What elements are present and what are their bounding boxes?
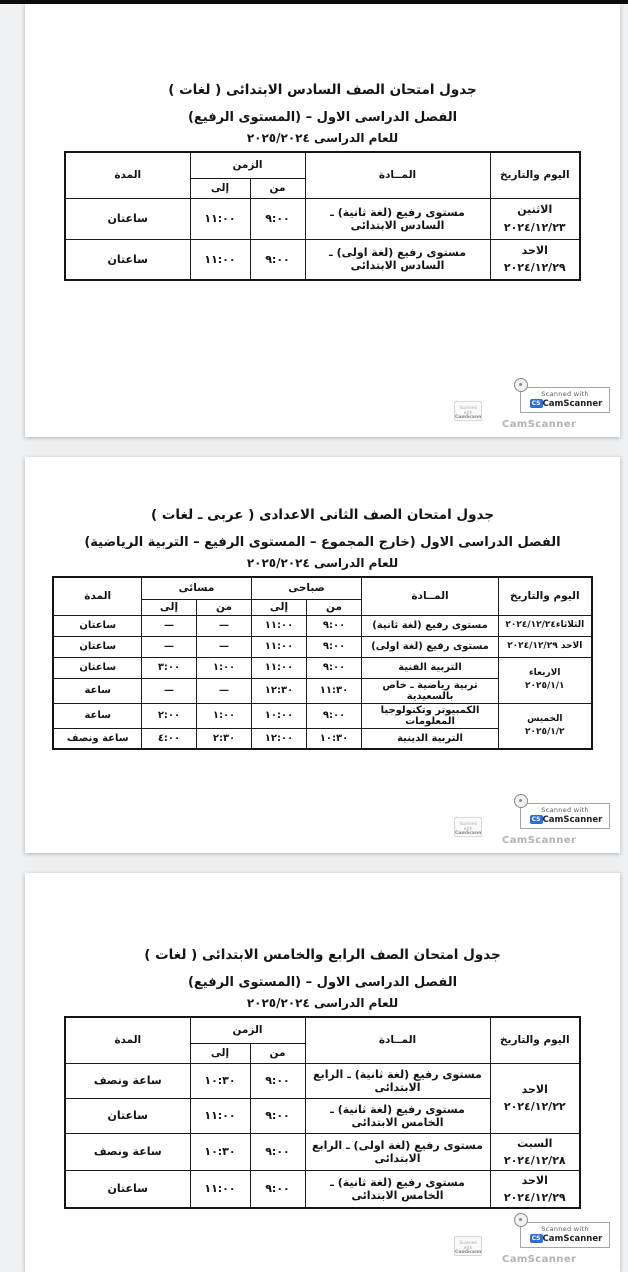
camscanner-watermark: Scanned with CSCamScanner CamScanner — [518, 1222, 610, 1258]
mini-camscanner-stamp: Scanned with CamScanner — [454, 817, 482, 837]
header-cell: الزمن — [190, 152, 305, 178]
scanned-with-label: Scanned with — [524, 1225, 606, 1233]
camscanner-faded-text: CamScanner — [502, 1254, 576, 1265]
cell: ١١:٠٠ — [252, 636, 307, 657]
camscanner-faded-text: CamScanner — [502, 835, 576, 846]
cell: — — [197, 678, 252, 703]
header-cell: المــادة — [305, 152, 490, 198]
cell: ١٢:٣٠ — [252, 678, 307, 703]
pin-icon — [514, 1213, 528, 1227]
header-cell: الزمن — [190, 1017, 305, 1043]
cell: — — [141, 678, 196, 703]
schedule-title: جدول امتحان الصف السادس الابتدائى ( لغات… — [25, 82, 620, 98]
date-cell: الاثنين٢٠٢٤/١٢/٢٣ — [490, 198, 580, 239]
camscanner-watermark: Scanned with CSCamScanner CamScanner — [518, 387, 610, 423]
camscanner-icon: CS — [530, 1234, 543, 1243]
exam-schedule-card-grades45: جدول امتحان الصف الرابع والخامس الابتدائ… — [25, 873, 620, 1272]
cell: — — [141, 636, 196, 657]
schedule-title: جدول امتحان الصف الرابع والخامس الابتدائ… — [25, 947, 620, 963]
mini-camscanner-stamp: Scanned with CamScanner — [454, 1236, 482, 1256]
cell: ١٠:٠٠ — [252, 703, 307, 728]
cell: — — [141, 615, 196, 636]
cell: الاحد ٢٠٢٤/١٢/٢٩ — [499, 636, 592, 657]
cell: — — [197, 615, 252, 636]
schedule-subtitle: الفصل الدراسى الاول – (المستوى الرفيع) — [25, 975, 620, 990]
header-cell: إلى — [252, 599, 307, 615]
cell: ٢:٠٠ — [141, 703, 196, 728]
table-row: الاثنين٢٠٢٤/١٢/٢٣مستوى رفيع (لغة ثانية) … — [65, 198, 580, 239]
header-cell: صباحى — [252, 577, 362, 599]
cell: ساعتان — [65, 1098, 190, 1133]
header-cell: من — [307, 599, 362, 615]
header-cell: اليوم والتاريخ — [499, 577, 592, 615]
cell: ساعة ونصف — [65, 1133, 190, 1170]
header-cell: من — [250, 1043, 305, 1063]
cell: مستوى رفيع (لغة ثانية) ـ الخامس الابتدائ… — [305, 1170, 490, 1208]
cell: ساعة ونصف — [53, 728, 141, 749]
table-row: الثلاثاء٢٠٢٤/١٢/٢٤مستوى رفيع (لغة ثانية)… — [53, 615, 591, 636]
mini-stamp-text: Scanned with — [455, 1240, 481, 1250]
date-cell: الاحد٢٠٢٤/١٢/٢٩ — [490, 239, 580, 280]
exam-table: اليوم والتاريخالمــادةالزمنالمدةمنإلىالا… — [64, 1016, 581, 1209]
mini-stamp-text: Scanned with — [455, 821, 481, 831]
cell: ٩:٠٠ — [307, 636, 362, 657]
header-cell: إلى — [190, 178, 250, 198]
cell: ساعة ونصف — [65, 1063, 190, 1098]
camscanner-badge-box: Scanned with CSCamScanner — [520, 387, 610, 413]
cell: ساعتان — [65, 239, 190, 280]
cell: ٩:٠٠ — [250, 1170, 305, 1208]
cell: ساعتان — [53, 615, 141, 636]
cell: ٩:٠٠ — [250, 1063, 305, 1098]
cell: التربية الفنية — [362, 657, 499, 678]
cell: ٩:٠٠ — [307, 615, 362, 636]
cell: الكمبيوتر وتكنولوجيا المعلومات — [362, 703, 499, 728]
header-cell: اليوم والتاريخ — [490, 152, 580, 198]
header-cell: المــادة — [305, 1017, 490, 1063]
cell: مستوى رفيع (لغة اولى) — [362, 636, 499, 657]
header-row: اليوم والتاريخالمــادةالزمنالمدة — [65, 1017, 580, 1043]
camscanner-icon: CS — [530, 815, 543, 824]
header-cell: المدة — [65, 152, 190, 198]
schedule-title: جدول امتحان الصف الثانى الاعدادى ( عربى … — [25, 507, 620, 523]
cell: ٩:٠٠ — [250, 1133, 305, 1170]
mini-stamp-brand: CamScanner — [455, 831, 481, 836]
cell: ١١:٠٠ — [252, 657, 307, 678]
cell: — — [197, 636, 252, 657]
header-cell: المــادة — [362, 577, 499, 615]
cell: ٩:٠٠ — [250, 1098, 305, 1133]
header-cell: من — [197, 599, 252, 615]
schedule-year: للعام الدراسى ٢٠٢٥/٢٠٢٤ — [25, 131, 620, 145]
table-row: الاحد٢٠٢٤/١٢/٢٩مستوى رفيع (لغة اولى) ـ ا… — [65, 239, 580, 280]
cell: ٢:٣٠ — [197, 728, 252, 749]
cell: ١:٠٠ — [197, 657, 252, 678]
cell: ساعة — [53, 703, 141, 728]
cell: ساعتان — [65, 198, 190, 239]
table-row: الاحد ٢٠٢٤/١٢/٢٩مستوى رفيع (لغة اولى)٩:٠… — [53, 636, 591, 657]
camscanner-badge-box: Scanned with CSCamScanner — [520, 803, 610, 829]
date-cell: الاحد٢٠٢٤/١٢/٢٢ — [490, 1063, 580, 1133]
header-cell: مسائى — [141, 577, 251, 599]
cell: ٤:٠٠ — [141, 728, 196, 749]
cell: مستوى رفيع (لغة اولى) ـ الرابع الابتدائى — [305, 1133, 490, 1170]
cell: ١٠:٣٠ — [307, 728, 362, 749]
header-cell: إلى — [141, 599, 196, 615]
cell: ساعة — [53, 678, 141, 703]
cell: ١:٠٠ — [197, 703, 252, 728]
header-cell: اليوم والتاريخ — [490, 1017, 580, 1063]
cell: ٩:٠٠ — [250, 239, 305, 280]
cell: مستوى رفيع (لغة اولى) ـ السادس الابتدائى — [305, 239, 490, 280]
header-cell: من — [250, 178, 305, 198]
cell: ١١:٠٠ — [190, 239, 250, 280]
cell: تربية رياضية ـ خاص بالسعيدية — [362, 678, 499, 703]
cell: ٩:٠٠ — [307, 703, 362, 728]
header-row: اليوم والتاريخالمــادةالزمنالمدة — [65, 152, 580, 178]
date-cell: الخميس٢٠٢٥/١/٢ — [499, 703, 592, 749]
cell: ١١:٣٠ — [307, 678, 362, 703]
cell: ١١:٠٠ — [190, 198, 250, 239]
camscanner-label: CSCamScanner — [524, 1234, 606, 1244]
cell: ٣:٠٠ — [141, 657, 196, 678]
pin-icon — [514, 378, 528, 392]
exam-schedule-card-prep2: جدول امتحان الصف الثانى الاعدادى ( عربى … — [25, 457, 620, 853]
table-row: السبت٢٠٢٤/١٢/٢٨مستوى رفيع (لغة اولى) ـ ا… — [65, 1133, 580, 1170]
schedule-subtitle: الفصل الدراسى الاول (خارج المجموع – المس… — [25, 535, 620, 550]
cell: ٩:٠٠ — [307, 657, 362, 678]
cell: مستوى رفيع (لغة ثانية) ـ الخامس الابتدائ… — [305, 1098, 490, 1133]
date-cell: الاحد٢٠٢٤/١٢/٢٩ — [490, 1170, 580, 1208]
cell: ١٢:٠٠ — [252, 728, 307, 749]
table-row: الخميس٢٠٢٥/١/٢الكمبيوتر وتكنولوجيا المعل… — [53, 703, 591, 728]
camscanner-icon: CS — [530, 399, 543, 408]
mini-stamp-brand: CamScanner — [455, 1250, 481, 1255]
mini-stamp-brand: CamScanner — [455, 415, 481, 420]
header-cell: المدة — [65, 1017, 190, 1063]
date-cell: الاربعاء٢٠٢٥/١/١ — [499, 657, 592, 703]
camscanner-label: CSCamScanner — [524, 815, 606, 825]
camscanner-badge-box: Scanned with CSCamScanner — [520, 1222, 610, 1248]
cell: ١٠:٣٠ — [190, 1133, 250, 1170]
pin-icon — [514, 794, 528, 808]
schedule-year: للعام الدراسى ٢٠٢٥/٢٠٢٤ — [25, 996, 620, 1010]
cell: ساعتان — [53, 657, 141, 678]
cell: ساعتان — [53, 636, 141, 657]
cell: ١١:٠٠ — [190, 1098, 250, 1133]
cell: ٩:٠٠ — [250, 198, 305, 239]
cell: التربية الدينية — [362, 728, 499, 749]
table-row: الاربعاء٢٠٢٥/١/١التربية الفنية٩:٠٠١١:٠٠١… — [53, 657, 591, 678]
cell: ساعتان — [65, 1170, 190, 1208]
schedule-titles: جدول امتحان الصف الثانى الاعدادى ( عربى … — [25, 457, 620, 570]
header-cell: إلى — [190, 1043, 250, 1063]
cell: مستوى رفيع (لغة ثانية) ـ السادس الابتدائ… — [305, 198, 490, 239]
schedule-year: للعام الدراسى ٢٠٢٥/٢٠٢٤ — [25, 556, 620, 570]
mini-camscanner-stamp: Scanned with CamScanner — [454, 401, 482, 421]
cell: ١١:٠٠ — [190, 1170, 250, 1208]
exam-table: اليوم والتاريخالمــادةالزمنالمدةمنإلىالا… — [64, 151, 581, 281]
scanned-document-page: { "page": { "background": "#eef0f2", "ca… — [0, 0, 628, 1272]
camscanner-faded-text: CamScanner — [502, 419, 576, 430]
mini-stamp-text: Scanned with — [455, 405, 481, 415]
exam-schedule-card-grade6: جدول امتحان الصف السادس الابتدائى ( لغات… — [25, 4, 620, 437]
cell: الثلاثاء٢٠٢٤/١٢/٢٤ — [499, 615, 592, 636]
date-cell: السبت٢٠٢٤/١٢/٢٨ — [490, 1133, 580, 1170]
scan-edge-bar — [0, 0, 628, 4]
cell: ١٠:٣٠ — [190, 1063, 250, 1098]
exam-table: اليوم والتاريخالمــادةصباحىمسائىالمدةمنإ… — [52, 576, 592, 750]
cell: مستوى رفيع (لغة ثانية) ـ الرابع الابتدائ… — [305, 1063, 490, 1098]
table-row: الاحد٢٠٢٤/١٢/٢٩مستوى رفيع (لغة ثانية) ـ … — [65, 1170, 580, 1208]
schedule-titles: جدول امتحان الصف السادس الابتدائى ( لغات… — [25, 4, 620, 145]
header-row: اليوم والتاريخالمــادةصباحىمسائىالمدة — [53, 577, 591, 599]
scanned-with-label: Scanned with — [524, 390, 606, 398]
camscanner-label: CSCamScanner — [524, 399, 606, 409]
cell: مستوى رفيع (لغة ثانية) — [362, 615, 499, 636]
camscanner-watermark: Scanned with CSCamScanner CamScanner — [518, 803, 610, 839]
header-cell: المدة — [53, 577, 141, 615]
schedule-subtitle: الفصل الدراسى الاول – (المستوى الرفيع) — [25, 110, 620, 125]
scanned-with-label: Scanned with — [524, 806, 606, 814]
table-row: الاحد٢٠٢٤/١٢/٢٢مستوى رفيع (لغة ثانية) ـ … — [65, 1063, 580, 1098]
cell: ١١:٠٠ — [252, 615, 307, 636]
schedule-titles: جدول امتحان الصف الرابع والخامس الابتدائ… — [25, 873, 620, 1010]
